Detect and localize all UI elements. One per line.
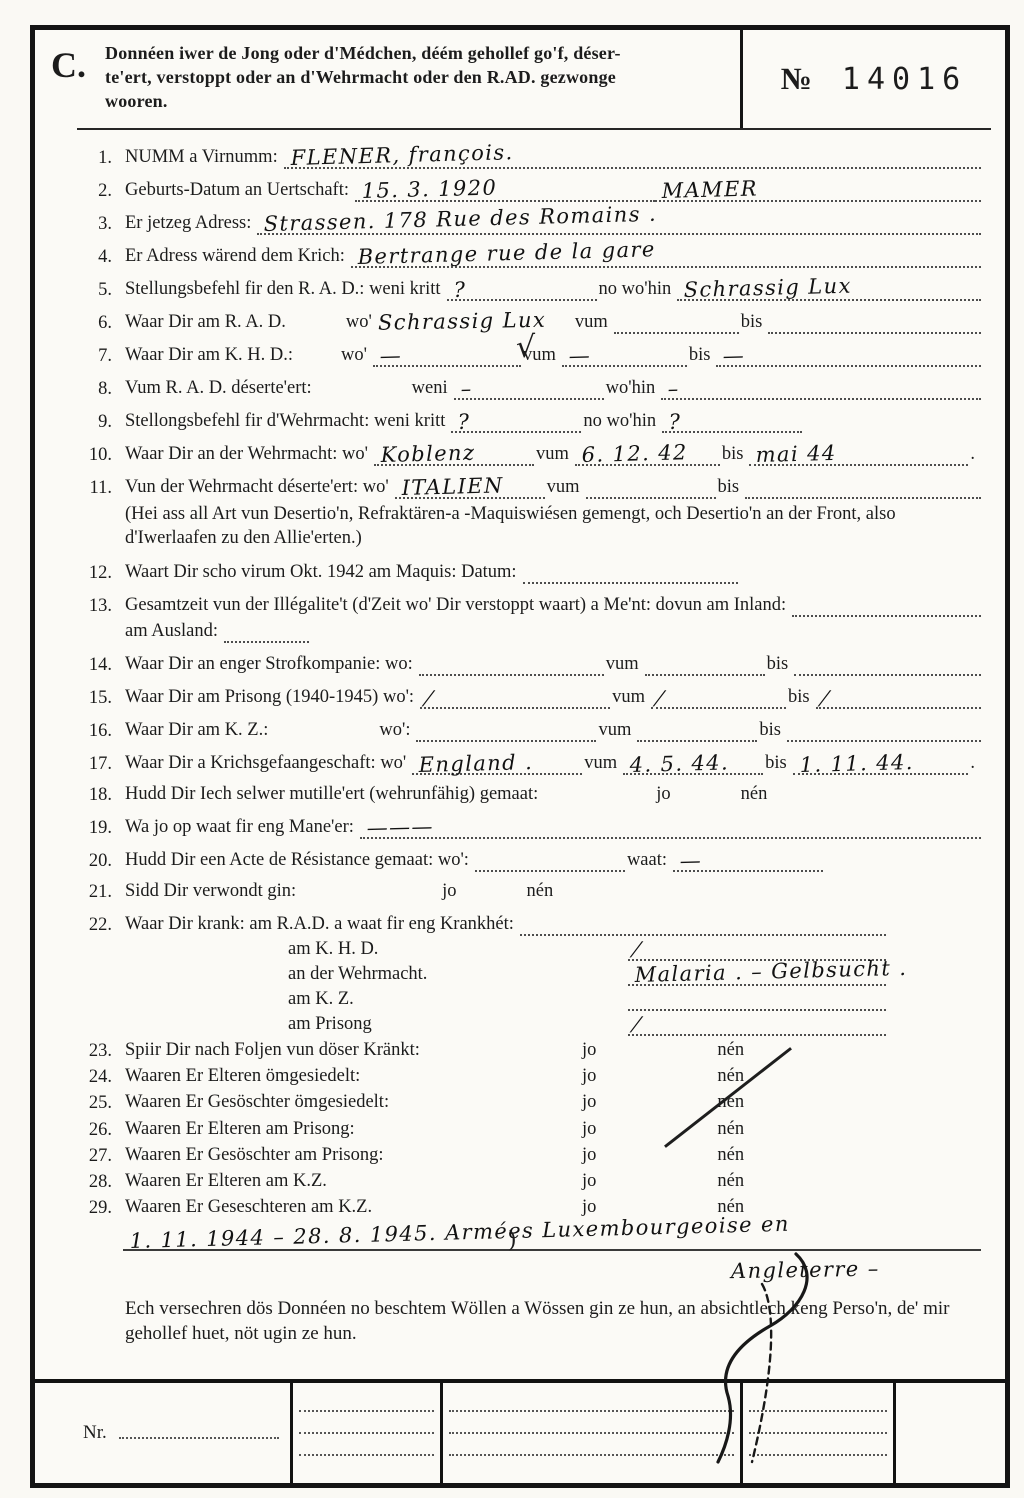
field-label: bis	[786, 687, 816, 709]
handwritten-entry: –	[668, 378, 681, 402]
numero-sign: №	[781, 61, 812, 97]
form-row: 18.Hudd Dir Iech selwer mutille'ert (weh…	[81, 784, 981, 806]
field-label: weni	[410, 378, 454, 400]
dotted-field: —	[562, 343, 687, 367]
row-body: NUMM a Virnumm:FLENER, françois.	[123, 145, 981, 169]
handwritten-entry: ———	[366, 816, 434, 841]
field-label: Waaren Er Elteren ömgesiedelt:	[123, 1066, 580, 1088]
handwritten-entry: ?	[668, 411, 681, 435]
row-body: 1. 11. 1944 – 28. 8. 1945. Armées Luxemb…	[123, 1227, 981, 1251]
field-label: Waar Dir an der Wehrmacht: wo'	[123, 444, 374, 466]
dotted-field: ?	[451, 409, 581, 433]
field-label: jo	[580, 1145, 602, 1167]
field-label: Waar Dir am R. A. D.	[123, 312, 292, 334]
handwritten-entry: ?	[453, 279, 466, 303]
form-row: 1.NUMM a Virnumm:FLENER, françois.	[81, 145, 981, 169]
field-label: am K. Z.	[286, 989, 628, 1011]
row-number: 19.	[81, 818, 123, 839]
row-number: 25.	[81, 1093, 123, 1114]
dotted-field	[645, 652, 765, 676]
form-row: (Hei ass all Art vun Desertio'n, Refrakt…	[81, 502, 981, 551]
form-row: 13.Gesamtzeit vun der Illégalite't (d'Ze…	[81, 593, 981, 617]
dotted-field: ———	[360, 815, 981, 839]
row-number: 24.	[81, 1067, 123, 1088]
form-row: 24.Waaren Er Elteren ömgesiedelt:jonén	[81, 1066, 981, 1088]
row-body: Ech versechren dös Donnéen no beschtem W…	[123, 1297, 981, 1347]
form-border-frame: C. Donnéen iwer de Jong oder d'Médchen, …	[30, 25, 1010, 1488]
field-label: Waar Dir a Krichsgefaangeschaft: wo'	[123, 753, 412, 775]
handwritten-entry: MAMER	[661, 178, 758, 204]
dotted-field: –	[661, 376, 981, 400]
row-number: 8.	[81, 379, 123, 400]
dotted-field: Malaria . – Gelbsucht .	[628, 962, 886, 986]
field-label: vum	[610, 687, 651, 709]
row-body: Waar Dir am K. Z.:wo':vumbis	[123, 718, 981, 742]
row-body: Waaren Er Elteren am Prisong:jonén	[123, 1119, 981, 1141]
field-label: Ech versechren dös Donnéen no beschtem W…	[123, 1297, 981, 1347]
field-label: am Prisong	[286, 1014, 628, 1036]
field-label: Gesamtzeit vun der Illégalite't (d'Zeit …	[123, 595, 792, 617]
handwritten-entry: Malaria . – Gelbsucht .	[634, 957, 907, 988]
field-label: jo	[580, 1119, 602, 1141]
handwritten-entry: Schrassig Lux	[378, 309, 573, 336]
field-label: wo'hin	[604, 378, 662, 400]
field-label: .	[968, 444, 981, 466]
dotted-field	[416, 718, 596, 742]
row-number: 1.	[81, 148, 123, 169]
handwritten-entry: —	[568, 345, 591, 369]
field-label: vum	[604, 654, 645, 676]
field-label: Waaren Er Elteren am Prisong:	[123, 1119, 580, 1141]
row-body: Waar Dir am Prisong (1940-1945) wo':⁄vum…	[123, 685, 981, 709]
form-row: 5.Stellungsbefehl fir den R. A. D.: weni…	[81, 277, 981, 301]
handwritten-entry: mai 44	[756, 442, 838, 468]
dotted-field	[792, 593, 981, 617]
section-description: Donnéen iwer de Jong oder d'Médchen, déé…	[97, 30, 740, 128]
form-header: C. Donnéen iwer de Jong oder d'Médchen, …	[35, 30, 1005, 128]
field-label: an der Wehrmacht.	[286, 964, 628, 986]
row-number: 7.	[81, 346, 123, 367]
row-body: Waar Dir am K. H. D.:wo'—vum—bis—	[123, 343, 981, 367]
handwritten-entry: Bertrange rue de la gare	[357, 239, 656, 270]
field-label: Wa jo op waat fir eng Mane'er:	[123, 817, 360, 839]
row-number: 20.	[81, 851, 123, 872]
handwritten-entry: 1. 11. 44.	[799, 751, 914, 777]
row-body: Waaren Er Gesöschter am Prisong:jonén	[123, 1145, 981, 1167]
dotted-field	[475, 848, 625, 872]
dotted-field: ?	[662, 409, 802, 433]
form-row: am Ausland:	[81, 619, 981, 643]
row-body: Vun der Wehrmacht déserte'ert: wo'ITALIE…	[123, 475, 981, 499]
row-body: Gesamtzeit vun der Illégalite't (d'Zeit …	[123, 593, 981, 617]
form-row: am K. Z.	[81, 987, 981, 1011]
form-row: 8.Vum R. A. D. déserte'ert:weni–wo'hin–	[81, 376, 981, 400]
field-label: vum	[545, 477, 586, 499]
field-label: wo'	[344, 312, 378, 334]
scanned-form-page: C. Donnéen iwer de Jong oder d'Médchen, …	[0, 0, 1024, 1498]
field-label: Waar Dir am K. H. D.:	[123, 345, 299, 367]
field-label: Vun der Wehrmacht déserte'ert: wo'	[123, 477, 395, 499]
field-label: Spiir Dir nach Foljen vun döser Kränkt:	[123, 1040, 580, 1062]
row-body: am Prisong⁄	[123, 1012, 886, 1036]
field-label: vum	[582, 753, 623, 775]
field-label: Stellongsbefehl fir d'Wehrmacht: weni kr…	[123, 411, 451, 433]
field-label: Waar Dir am Prisong (1940-1945) wo':	[123, 687, 420, 709]
row-number: 22.	[81, 915, 123, 936]
handwritten-entry: Koblenz	[380, 442, 475, 468]
form-row: 19.Wa jo op waat fir eng Mane'er:———	[81, 815, 981, 839]
row-body: Waaren Er Elteren am K.Z.jonén	[123, 1171, 981, 1193]
dotted-field	[224, 619, 309, 643]
footer-nr-cell: Nr.	[35, 1383, 290, 1483]
nr-dotted-field	[119, 1437, 279, 1439]
row-body: Sidd Dir verwondt gin:jonén	[123, 881, 981, 903]
row-body: am K. H. D.⁄	[123, 937, 886, 961]
handwritten-entry: ITALIEN	[401, 475, 504, 501]
form-row: 4.Er Adress wärend dem Krich:Bertrange r…	[81, 244, 981, 268]
row-number: 12.	[81, 563, 123, 584]
row-number: 11.	[81, 478, 123, 499]
field-label: am K. H. D.	[286, 939, 628, 961]
field-label: vum	[596, 720, 637, 742]
field-label: jo	[580, 1171, 602, 1193]
dotted-field: ⁄	[816, 685, 981, 709]
row-body: Waar Dir an der Wehrmacht: wo'Koblenzvum…	[123, 442, 981, 466]
dotted-field: 4. 5. 44.	[623, 751, 763, 775]
handwritten-entry: —	[679, 850, 702, 874]
dotted-field: —	[373, 343, 521, 367]
dotted-field	[628, 987, 886, 1011]
field-label: bis	[687, 345, 717, 367]
field-label: waat:	[625, 850, 673, 872]
row-number: 13.	[81, 596, 123, 617]
row-number: 3.	[81, 214, 123, 235]
field-label: Hudd Dir Iech selwer mutille'ert (wehrun…	[123, 784, 544, 806]
question-list: 1.NUMM a Virnumm:FLENER, françois.2.Gebu…	[35, 130, 1005, 1415]
row-number: 28.	[81, 1172, 123, 1193]
dotted-field	[523, 560, 738, 584]
row-number: 16.	[81, 721, 123, 742]
handwritten-entry: England .	[419, 751, 534, 778]
field-label: .	[968, 753, 981, 775]
handwritten-entry: 4. 5. 44.	[630, 751, 730, 777]
field-label: Vum R. A. D. déserte'ert:	[123, 378, 318, 400]
dotted-field	[745, 475, 981, 499]
field-label: Waaren Er Geseschteren am K.Z.	[123, 1197, 580, 1219]
handwritten-entry: 6. 12. 42	[581, 442, 688, 468]
form-row: 10.Waar Dir an der Wehrmacht: wo'Koblenz…	[81, 442, 981, 466]
field-label: bis	[739, 312, 769, 334]
handwritten-entry: ⁄	[634, 1014, 640, 1038]
handwritten-entry: ⁄	[657, 687, 663, 711]
field-label: Waart Dir scho virum Okt. 1942 am Maquis…	[123, 562, 523, 584]
dotted-field: England .	[412, 751, 582, 775]
field-label: am Ausland:	[123, 621, 224, 643]
handwritten-entry: –	[460, 378, 473, 402]
field-label: Er jetzeg Adress:	[123, 213, 257, 235]
form-number: 14016	[842, 62, 967, 97]
field-label: nén	[715, 1119, 750, 1141]
form-row: am Prisong⁄	[81, 1012, 981, 1036]
field-label: vum	[573, 312, 614, 334]
form-row: an der Wehrmacht.Malaria . – Gelbsucht .	[81, 962, 981, 986]
form-row: 22.Waar Dir krank: am R.A.D. a waat fir …	[81, 912, 981, 936]
form-row: 26.Waaren Er Elteren am Prisong:jonén	[81, 1119, 981, 1141]
field-label: no wo'hin	[581, 411, 662, 433]
row-body: Stellongsbefehl fir d'Wehrmacht: weni kr…	[123, 409, 981, 433]
row-body: am Ausland:	[123, 619, 981, 643]
row-number: 27.	[81, 1146, 123, 1167]
form-row: 25.Waaren Er Gesöschter ömgesiedelt:joné…	[81, 1092, 981, 1114]
form-row: 3.Er jetzeg Adress:Strassen. 178 Rue des…	[81, 211, 981, 235]
footer-cell	[290, 1383, 440, 1483]
field-label: (Hei ass all Art vun Desertio'n, Refrakt…	[123, 502, 981, 551]
row-number: 15.	[81, 688, 123, 709]
form-row: 28.Waaren Er Elteren am K.Z.jonén	[81, 1171, 981, 1193]
dotted-field	[637, 718, 757, 742]
dotted-field	[614, 310, 739, 334]
dotted-field: 1. 11. 44.	[793, 751, 969, 775]
row-number: 29.	[81, 1198, 123, 1219]
row-number: 9.	[81, 412, 123, 433]
row-body: Angleterre –	[123, 1258, 981, 1282]
form-row: 12.Waart Dir scho virum Okt. 1942 am Maq…	[81, 560, 981, 584]
row-number: 26.	[81, 1120, 123, 1141]
dotted-field: ⁄	[651, 685, 786, 709]
dotted-field: 1. 11. 1944 – 28. 8. 1945. Armées Luxemb…	[123, 1227, 981, 1251]
field-label: nén	[715, 1171, 750, 1193]
row-body: Hudd Dir een Acte de Résistance gemaat: …	[123, 848, 981, 872]
dotted-field: MAMER	[655, 178, 981, 202]
field-label: Waar Dir krank: am R.A.D. a waat fir eng…	[123, 914, 520, 936]
row-body: Vum R. A. D. déserte'ert:weni–wo'hin–	[123, 376, 981, 400]
row-body: Er jetzeg Adress:Strassen. 178 Rue des R…	[123, 211, 981, 235]
dotted-field: Strassen. 178 Rue des Romains .	[257, 211, 981, 235]
row-body: Waaren Er Gesöschter ömgesiedelt:jonén	[123, 1092, 981, 1114]
row-body: an der Wehrmacht.Malaria . – Gelbsucht .	[123, 962, 886, 986]
field-label: Er Adress wärend dem Krich:	[123, 246, 351, 268]
field-label: NUMM a Virnumm:	[123, 147, 284, 169]
dotted-field: —	[716, 343, 981, 367]
form-row: 27.Waaren Er Gesöschter am Prisong:jonén	[81, 1145, 981, 1167]
form-row: 20.Hudd Dir een Acte de Résistance gemaa…	[81, 848, 981, 872]
field-label: nén	[715, 1040, 750, 1062]
dotted-field	[787, 718, 981, 742]
field-label: bis	[765, 654, 795, 676]
field-label: vum	[534, 444, 575, 466]
dotted-field: Schrassig Lux	[677, 277, 981, 301]
row-body: Wa jo op waat fir eng Mane'er:———	[123, 815, 981, 839]
row-body: Waar Dir krank: am R.A.D. a waat fir eng…	[123, 912, 886, 936]
handwritten-entry: ⁄	[634, 939, 640, 963]
field-label: jo	[654, 784, 676, 806]
dotted-field: —	[673, 848, 823, 872]
row-body: am K. Z.	[123, 987, 886, 1011]
field-label: Waaren Er Elteren am K.Z.	[123, 1171, 580, 1193]
field-label: bis	[720, 444, 750, 466]
form-row: 9.Stellongsbefehl fir d'Wehrmacht: weni …	[81, 409, 981, 433]
dotted-field: FLENER, françois.	[284, 145, 981, 169]
handwritten-entry: Schrassig Lux	[684, 275, 853, 303]
dotted-field: –	[454, 376, 604, 400]
row-number: 14.	[81, 655, 123, 676]
handwritten-entry: ⁄	[426, 687, 432, 711]
dotted-field: ⁄	[420, 685, 610, 709]
dotted-field: mai 44	[749, 442, 968, 466]
field-label: jo	[580, 1066, 602, 1088]
dotted-field	[419, 652, 604, 676]
footer-table: Nr.	[35, 1379, 1005, 1483]
field-label: Waar Dir am K. Z.:	[123, 720, 274, 742]
dotted-field: ?	[447, 277, 597, 301]
field-label: Waaren Er Gesöschter ömgesiedelt:	[123, 1092, 580, 1114]
form-row: 14.Waar Dir an enger Strofkompanie: wo:v…	[81, 652, 981, 676]
form-row: 1. 11. 1944 – 28. 8. 1945. Armées Luxemb…	[81, 1227, 981, 1251]
field-label: nén	[715, 1145, 750, 1167]
field-label: no wo'hin	[597, 279, 678, 301]
row-number: 17.	[81, 754, 123, 775]
handwritten-entry: Strassen. 178 Rue des Romains .	[264, 203, 658, 237]
row-number: 18.	[81, 785, 123, 806]
section-letter: C.	[35, 30, 97, 128]
row-number: 21.	[81, 882, 123, 903]
handwritten-entry: ?	[458, 411, 471, 435]
field-label: bis	[757, 720, 787, 742]
form-row: 17.Waar Dir a Krichsgefaangeschaft: wo'E…	[81, 751, 981, 775]
handwritten-entry: —	[379, 345, 402, 369]
form-row: 11.Vun der Wehrmacht déserte'ert: wo'ITA…	[81, 475, 981, 499]
row-body: Spiir Dir nach Foljen vun döser Kränkt:j…	[123, 1040, 981, 1062]
field-label: Geburts-Datum an Uertschaft:	[123, 180, 355, 202]
row-number: 23.	[81, 1041, 123, 1062]
row-body: Geburts-Datum an Uertschaft:15. 3. 1920M…	[123, 178, 981, 202]
dotted-field: 15. 3. 1920	[355, 178, 655, 202]
row-body: Waart Dir scho virum Okt. 1942 am Maquis…	[123, 560, 981, 584]
form-row: 21.Sidd Dir verwondt gin:jonén	[81, 881, 981, 903]
signature-flourish-stroke	[698, 1250, 848, 1465]
row-number: 5.	[81, 280, 123, 301]
pen-check-mark: √	[516, 330, 535, 365]
handwritten-entry: FLENER, françois.	[290, 142, 513, 171]
handwritten-entry: ⁄	[822, 687, 828, 711]
field-label: Waaren Er Gesöschter am Prisong:	[123, 1145, 580, 1167]
row-body: Stellungsbefehl fir den R. A. D.: weni k…	[123, 277, 981, 301]
row-number: 10.	[81, 445, 123, 466]
dotted-field	[794, 652, 981, 676]
row-body: Waar Dir a Krichsgefaangeschaft: wo'Engl…	[123, 751, 981, 775]
row-number: 4.	[81, 247, 123, 268]
form-row: 23.Spiir Dir nach Foljen vun döser Kränk…	[81, 1040, 981, 1062]
handwritten-entry: —	[723, 345, 746, 369]
field-label: jo	[440, 881, 462, 903]
field-label: wo':	[377, 720, 416, 742]
dotted-field: 6. 12. 42	[575, 442, 720, 466]
row-body: Waaren Er Elteren ömgesiedelt:jonén	[123, 1066, 981, 1088]
field-label: Sidd Dir verwondt gin:	[123, 881, 302, 903]
form-row: 15.Waar Dir am Prisong (1940-1945) wo':⁄…	[81, 685, 981, 709]
dotted-field: Koblenz	[374, 442, 534, 466]
field-label: Hudd Dir een Acte de Résistance gemaat: …	[123, 850, 475, 872]
field-label: bis	[763, 753, 793, 775]
form-row: 29.Waaren Er Geseschteren am K.Z.jonén	[81, 1197, 981, 1219]
field-label: nén	[525, 881, 560, 903]
dotted-field	[520, 912, 886, 936]
field-label: nén	[739, 784, 774, 806]
row-body: Hudd Dir Iech selwer mutille'ert (wehrun…	[123, 784, 981, 806]
footer-cell	[893, 1383, 1005, 1483]
form-row: 16.Waar Dir am K. Z.:wo':vumbis	[81, 718, 981, 742]
footer-cell	[440, 1383, 740, 1483]
dotted-field: ⁄	[628, 1012, 886, 1036]
nr-label: Nr.	[83, 1422, 107, 1444]
field-label: bis	[716, 477, 746, 499]
row-number: 6.	[81, 313, 123, 334]
dotted-field: ITALIEN	[395, 475, 545, 499]
field-label: jo	[580, 1040, 602, 1062]
dotted-field	[586, 475, 716, 499]
row-body: Waar Dir am R. A. D.wo'Schrassig Luxvumb…	[123, 310, 981, 334]
pen-paren-mark: )	[508, 1228, 517, 1253]
dotted-field: Bertrange rue de la gare	[351, 244, 981, 268]
field-label: jo	[580, 1092, 602, 1114]
form-row: 2.Geburts-Datum an Uertschaft:15. 3. 192…	[81, 178, 981, 202]
field-label: Waar Dir an enger Strofkompanie: wo:	[123, 654, 419, 676]
row-body: Waaren Er Geseschteren am K.Z.jonén	[123, 1197, 981, 1219]
row-body: (Hei ass all Art vun Desertio'n, Refrakt…	[123, 502, 981, 551]
row-body: Er Adress wärend dem Krich:Bertrange rue…	[123, 244, 981, 268]
handwritten-entry: 15. 3. 1920	[361, 177, 497, 204]
form-number-box: № 14016	[743, 30, 1005, 128]
dotted-field	[768, 310, 981, 334]
field-label: wo'	[339, 345, 373, 367]
row-body: Waar Dir an enger Strofkompanie: wo:vumb…	[123, 652, 981, 676]
row-number: 2.	[81, 181, 123, 202]
field-label: Stellungsbefehl fir den R. A. D.: weni k…	[123, 279, 447, 301]
